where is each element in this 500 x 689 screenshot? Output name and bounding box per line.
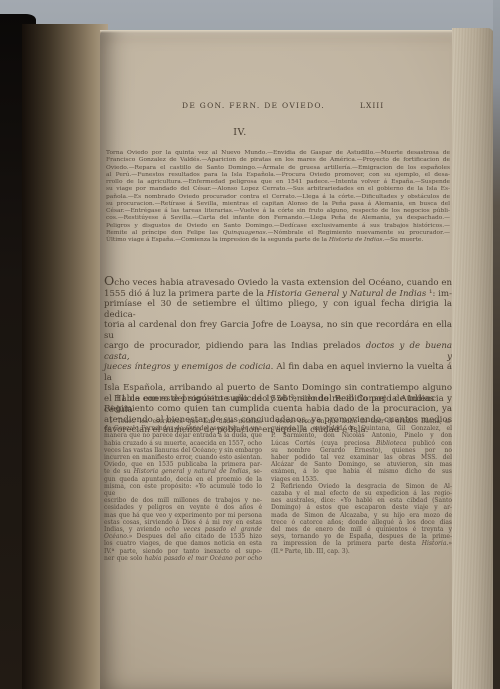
text-line: primíase el 30 de setiembre el último pl… bbox=[104, 299, 452, 320]
text-line: cesidades y peligros en veynte é dos año… bbox=[104, 504, 262, 511]
text-line: Peligros y disgustos de Oviedo en Santo … bbox=[106, 223, 450, 230]
text-line: 1 Todos los escritores que han dado noti… bbox=[104, 418, 262, 425]
chapter-summary: Torna Oviedo por la quinta vez al Nuevo … bbox=[106, 150, 450, 244]
text-line: Oviedo, que en 1535 publicaba la primera… bbox=[104, 461, 262, 468]
text-line: (II.ª Parte, lib. III, cap. 3). bbox=[271, 548, 452, 555]
text-line: cos.—Restitúyese á Sevilla.—Carta del in… bbox=[106, 215, 450, 222]
text-line: te de su Historia general y natural de I… bbox=[104, 468, 262, 475]
text-line: mas que há que veo y experimento por mi … bbox=[104, 512, 262, 519]
text-line: veces las vastas llanuras del Océano; y … bbox=[104, 447, 262, 454]
text-line: jueces íntegros y enemigos de codicia. A… bbox=[104, 362, 452, 383]
text-line: nes australes, dice: «Yo hablé en esta c… bbox=[271, 497, 452, 504]
text-line: Último viage á España.—Comienza la impre… bbox=[106, 237, 450, 244]
footnotes: 1 Todos los escritores que han dado noti… bbox=[104, 418, 452, 562]
gutter-shadow bbox=[22, 24, 108, 689]
text-line: habia cruzado á su muerte, acaecida en 1… bbox=[104, 440, 262, 447]
text-line: cazaba y el mal efecto de su expedicion … bbox=[271, 490, 452, 497]
text-line: IV.ª parte, siendo por tanto inexacto el… bbox=[104, 548, 262, 555]
text-line: seys, tornando yo de España, despues de … bbox=[271, 533, 452, 540]
text-line: trece ó catorce años; donde allegué á lo… bbox=[271, 519, 452, 526]
text-line: Ocho veces habia atravesado Oviedo la va… bbox=[104, 276, 452, 289]
text-line: incurren en manifiesto error, cuando est… bbox=[104, 454, 262, 461]
text-line: mada de Simon de Alcazaba, y su hijo era… bbox=[271, 512, 452, 519]
text-line: P. Sarmiento, don Nicolás Antonio, Pinel… bbox=[271, 432, 452, 439]
text-line: su procuracion.—Retírase á Sevilla, mien… bbox=[106, 201, 450, 208]
footnote-column-left: 1 Todos los escritores que han dado noti… bbox=[104, 418, 262, 562]
running-header: DE GON. FERN. DE OVIEDO. bbox=[182, 101, 325, 110]
text-line: ner que solo habia pasado el mar Océano … bbox=[104, 555, 262, 562]
text-line: su viage por mandado del César.—Alonso L… bbox=[106, 186, 450, 193]
text-line: su nombre Gerardo Ernesto), quienes por … bbox=[271, 447, 452, 454]
text-line: Lúcas Cortés (cuya preciosa Biblioteca p… bbox=[271, 440, 452, 447]
backdrop-right bbox=[493, 0, 500, 689]
body-paragraph-2: Habia con este propósito suplicado y obt… bbox=[104, 394, 452, 415]
text-line: escribo de dos mill millones de trabajos… bbox=[104, 497, 262, 504]
text-line: los cuatro viages, de que damos noticia … bbox=[104, 540, 262, 547]
text-line: Indias, y aviendo ocho veces pasado el g… bbox=[104, 526, 262, 533]
text-line: estas cosas, sirviendo á Dios é á mi rey… bbox=[104, 519, 262, 526]
text-line: al Perú.—Funestos resultados para la Isl… bbox=[106, 172, 450, 179]
text-line: guiendo la autoridad de Quintana, Gil Go… bbox=[271, 425, 452, 432]
text-line: Domingo) á estos que escaparon deste via… bbox=[271, 504, 452, 511]
text-line: Isla Española, arribando al puerto de Sa… bbox=[104, 383, 452, 394]
text-line: toria al cardenal don frey Garcia Jofre … bbox=[104, 320, 452, 341]
text-line: de Gonzalo Fernandez de Oviedo aseguran … bbox=[104, 425, 262, 432]
text-line: gun queda apuntado, decia en el proemio … bbox=[104, 476, 262, 483]
text-line: misma, con este propósito: «Yo acumulé t… bbox=[104, 483, 262, 497]
text-line: Alcázar de Santo Domingo, se atuvieron, … bbox=[271, 461, 452, 468]
text-line: del mes de enero de mill é quinientos é … bbox=[271, 526, 452, 533]
text-line: 1555 dió á luz la primera parte de la Hi… bbox=[104, 289, 452, 300]
page-top-edge bbox=[100, 30, 456, 33]
text-line: Océano.» Despues del año citado de 1535 … bbox=[104, 533, 262, 540]
text-line: ra impression de la primera parte desta … bbox=[271, 540, 452, 547]
text-line: 2 Refiriendo Oviedo la desgracia de Simo… bbox=[271, 483, 452, 490]
text-line: viages en 1535. bbox=[271, 476, 452, 483]
chapter-heading: IV. bbox=[104, 127, 376, 138]
page-fore-edge bbox=[452, 28, 496, 689]
text-line: haber podido tal vez examinar las obras … bbox=[271, 454, 452, 461]
text-line: manera que no parece dejar entrada á la … bbox=[104, 432, 262, 439]
text-line: veces: error en que hubo de caer el erud… bbox=[271, 418, 452, 425]
text-line: Oviedo.—Repara el castillo de Santo Domi… bbox=[106, 165, 450, 172]
text-line: cargo de procurador, pidiendo para las I… bbox=[104, 341, 452, 362]
page-number: LXIII bbox=[360, 101, 384, 110]
text-line: Habia con este propósito suplicado y obt… bbox=[104, 394, 452, 415]
text-line: Francisco Gonzalez de Valdés.—Aparicion … bbox=[106, 157, 450, 164]
text-line: pañola.—Es nombrado Oviedo procurador co… bbox=[106, 194, 450, 201]
book-photo: DE GON. FERN. DE OVIEDO. LXIII IV. Torna… bbox=[0, 0, 500, 689]
page-header: DE GON. FERN. DE OVIEDO. LXIII bbox=[104, 101, 452, 113]
text-line: Remite al príncipe don Felipe las Quinqu… bbox=[106, 230, 450, 237]
text-line: exámen, á lo que habia él mismo dicho de… bbox=[271, 468, 452, 475]
footnote-column-right: veces: error en que hubo de caer el erud… bbox=[271, 418, 452, 562]
